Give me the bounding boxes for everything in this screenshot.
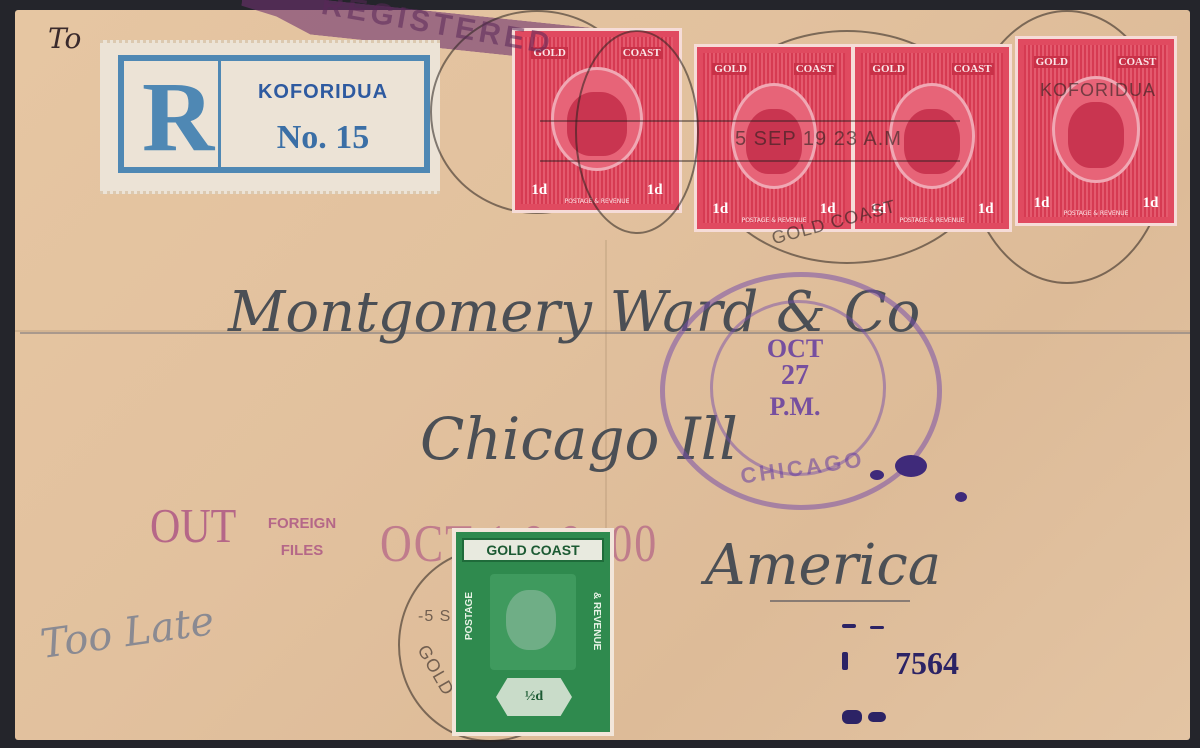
ink-mark [842, 710, 862, 724]
ink-blot [895, 455, 927, 477]
registration-letter: R [142, 59, 214, 174]
registration-label: R KOFORIDUA No. 15 [100, 40, 440, 194]
out-handstamp: OUT [150, 499, 236, 554]
ink-mark [842, 652, 848, 670]
king-portrait [904, 109, 959, 175]
registration-number: No. 15 [228, 119, 418, 157]
king-portrait [1068, 102, 1124, 168]
registration-divider [218, 61, 221, 167]
address-line-3: America [705, 533, 941, 598]
ink-mark [870, 626, 884, 629]
ink-mark [868, 712, 886, 722]
ink-blot [870, 470, 884, 480]
underline [770, 600, 910, 602]
ink-blot [955, 492, 967, 502]
postmark-place: KOFORIDUA [1040, 80, 1156, 101]
stamp-halfpenny-green: GOLD COAST POSTAGE & REVENUE ½d [452, 528, 614, 736]
registration-serial: 7564 [895, 645, 959, 682]
receiving-period: P.M. [745, 392, 845, 422]
postmark-date: 5 SEP 19 23 A.M [735, 128, 902, 151]
registration-office: KOFORIDUA [228, 81, 418, 104]
foreign-files-handstamp: FOREIGN FILES [252, 510, 352, 564]
receiving-day: 27 [745, 360, 845, 392]
postmark-bar [540, 160, 960, 162]
registration-frame: R KOFORIDUA No. 15 [118, 55, 430, 173]
stamp-1d-red: GOLD COAST 1d 1d POSTAGE & REVENUE [1015, 36, 1177, 226]
postmark-ring-inner [575, 30, 699, 234]
salutation: To [48, 22, 81, 55]
ink-mark [842, 624, 856, 628]
postmark-bar [540, 120, 960, 122]
